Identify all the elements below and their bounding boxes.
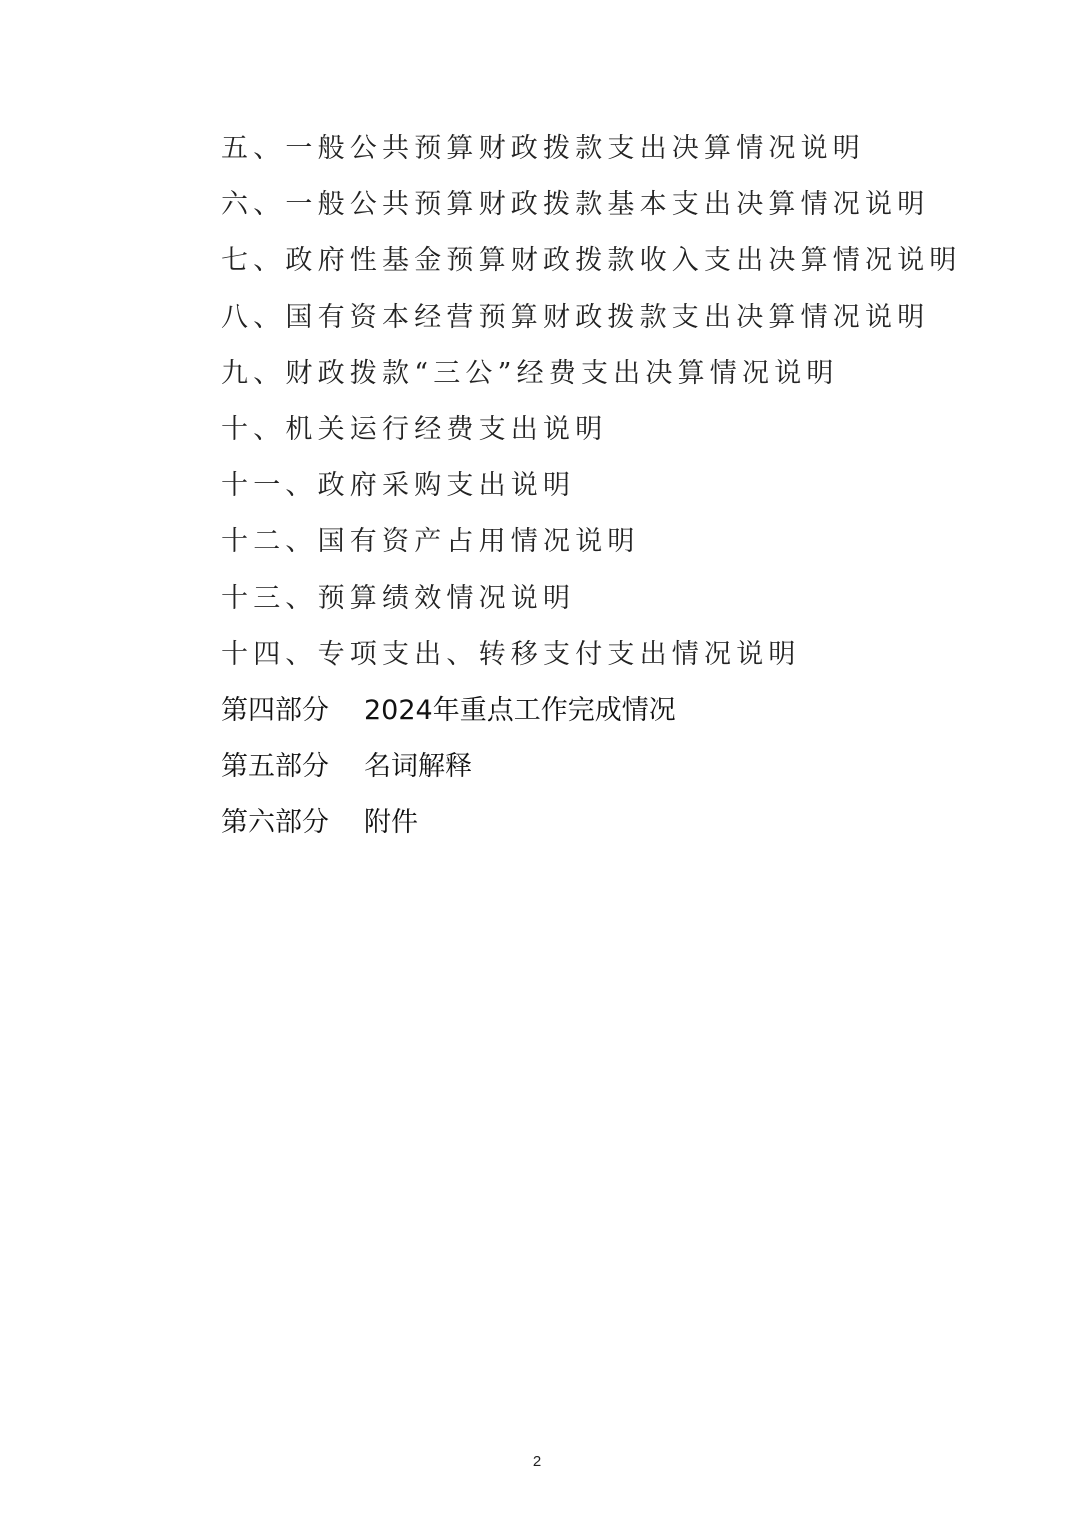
page-number: 2 <box>0 1453 1074 1470</box>
toc-item-9: 九、财政拨款“三公”经费支出决算情况说明 <box>221 351 962 407</box>
toc-item-13: 十三、预算绩效情况说明 <box>221 576 962 632</box>
toc-part-4: 第四部分2024年重点工作完成情况 <box>221 688 962 744</box>
toc-item-11: 十一、政府采购支出说明 <box>221 463 962 519</box>
toc-item-5: 五、一般公共预算财政拨款支出决算情况说明 <box>221 126 962 182</box>
toc-item-7: 七、政府性基金预算财政拨款收入支出决算情况说明 <box>221 238 962 294</box>
part-number: 第五部分 <box>221 744 364 790</box>
toc-part-6: 第六部分附件 <box>221 800 962 856</box>
part-title: 附件 <box>364 807 418 838</box>
toc-item-6: 六、一般公共预算财政拨款基本支出决算情况说明 <box>221 182 962 238</box>
table-of-contents: 五、一般公共预算财政拨款支出决算情况说明 六、一般公共预算财政拨款基本支出决算情… <box>221 126 962 856</box>
part-number: 第四部分 <box>221 688 364 734</box>
toc-item-14: 十四、专项支出、转移支付支出情况说明 <box>221 632 962 688</box>
part-title: 2024年重点工作完成情况 <box>364 695 676 726</box>
part-title: 名词解释 <box>364 751 472 782</box>
toc-part-5: 第五部分名词解释 <box>221 744 962 800</box>
toc-item-10: 十、机关运行经费支出说明 <box>221 407 962 463</box>
toc-item-12: 十二、国有资产占用情况说明 <box>221 519 962 575</box>
toc-item-8: 八、国有资本经营预算财政拨款支出决算情况说明 <box>221 295 962 351</box>
document-page: 五、一般公共预算财政拨款支出决算情况说明 六、一般公共预算财政拨款基本支出决算情… <box>0 0 1074 1520</box>
part-number: 第六部分 <box>221 800 364 846</box>
